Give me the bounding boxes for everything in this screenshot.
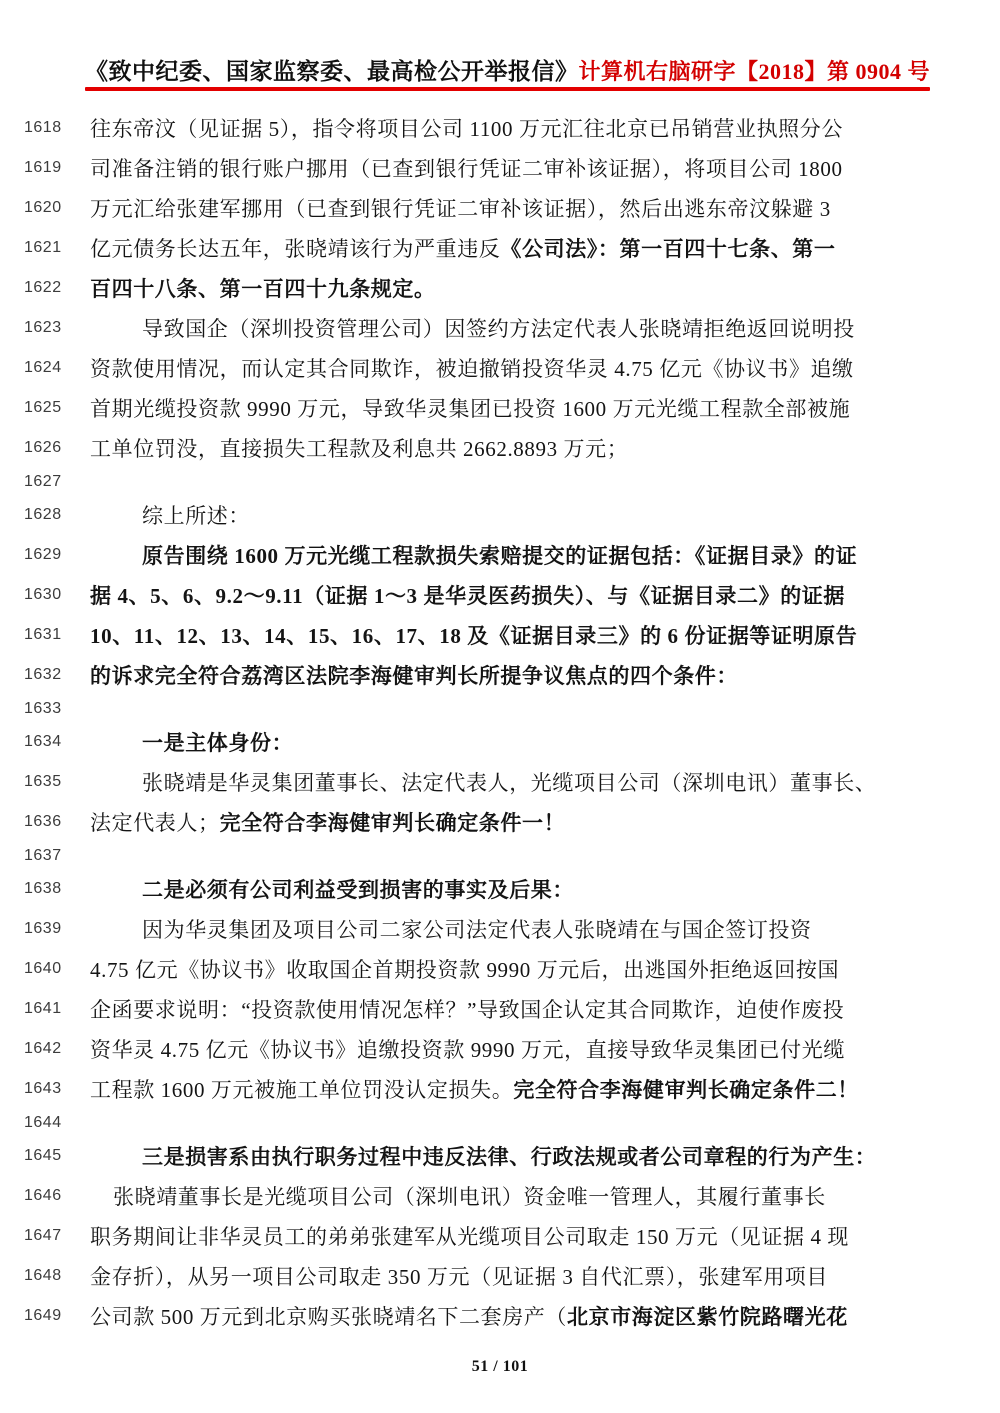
line-text: 企函要求说明：“投资款使用情况怎样？”导致国企认定其合同欺诈，迫使作废投	[65, 994, 1000, 1024]
text-segment: 企函要求说明：“投资款使用情况怎样？”导致国企认定其合同欺诈，迫使作废投	[90, 998, 844, 1022]
bold-text-segment: 二是必须有公司利益受到损害的事实及后果：	[142, 878, 574, 902]
document-line: 1641企函要求说明：“投资款使用情况怎样？”导致国企认定其合同欺诈，迫使作废投	[0, 989, 1000, 1029]
document-line: 1630据 4、5、6、9.2～9.11（证据 1～3 是华灵医药损失）、与《证…	[0, 575, 1000, 615]
bold-text-segment: 10、11、12、13、14、15、16、17、18 及《证据目录三》的 6 份…	[90, 624, 857, 648]
header-rule-divider	[85, 87, 930, 91]
line-number: 1637	[0, 847, 65, 865]
line-text: 往东帝汶（见证据 5），指令将项目公司 1100 万元汇往北京已吊销营业执照分公	[65, 113, 1000, 143]
text-segment: 资华灵 4.75 亿元《协议书》追缴投资款 9990 万元，直接导致华灵集团已付…	[90, 1038, 845, 1062]
line-text: 职务期间让非华灵员工的弟弟张建军从光缆项目公司取走 150 万元（见证据 4 现	[65, 1221, 1000, 1251]
line-number: 1620	[0, 199, 65, 217]
text-segment: 张晓靖是华灵集团董事长、法定代表人，光缆项目公司（深圳电讯）董事长、	[142, 771, 876, 795]
line-number: 1622	[0, 279, 65, 297]
line-text: 法定代表人；完全符合李海健审判长确定条件一！	[65, 807, 1000, 837]
document-line: 163110、11、12、13、14、15、16、17、18 及《证据目录三》的…	[0, 615, 1000, 655]
text-segment: 司准备注销的银行账户挪用（已查到银行凭证二审补该证据），将项目公司 1800	[90, 157, 843, 181]
line-text: 公司款 500 万元到北京购买张晓靖名下二套房产（北京市海淀区紫竹院路曙光花	[65, 1301, 1000, 1331]
document-line: 1634一是主体身份：	[0, 722, 1000, 762]
line-number: 1632	[0, 666, 65, 684]
document-line: 1621亿元债务长达五年，张晓靖该行为严重违反《公司法》：第一百四十七条、第一	[0, 228, 1000, 268]
line-text: 综上所述：	[65, 500, 1000, 530]
text-segment: 万元汇给张建军挪用（已查到银行凭证二审补该证据），然后出逃东帝汶躲避 3	[90, 197, 831, 221]
document-line: 1619司准备注销的银行账户挪用（已查到银行凭证二审补该证据），将项目公司 18…	[0, 148, 1000, 188]
document-line: 1637	[0, 842, 1000, 869]
page-header: 《致中纪委、国家监察委、最高检公开举报信》 计算机右脑研字【2018】第 090…	[85, 50, 930, 86]
document-line: 1620万元汇给张建军挪用（已查到银行凭证二审补该证据），然后出逃东帝汶躲避 3	[0, 188, 1000, 228]
line-text: 亿元债务长达五年，张晓靖该行为严重违反《公司法》：第一百四十七条、第一	[65, 233, 1000, 263]
document-line: 1627	[0, 468, 1000, 495]
document-line: 1648金存折），从另一项目公司取走 350 万元（见证据 3 自代汇票），张建…	[0, 1256, 1000, 1296]
page-number-indicator: 51 / 101	[472, 1358, 528, 1375]
header-title: 《致中纪委、国家监察委、最高检公开举报信》	[85, 53, 579, 86]
document-line: 1646张晓靖董事长是光缆项目公司（深圳电讯）资金唯一管理人，其履行董事长	[0, 1176, 1000, 1216]
line-text: 二是必须有公司利益受到损害的事实及后果：	[65, 874, 1000, 904]
line-number: 1639	[0, 920, 65, 938]
line-number: 1627	[0, 473, 65, 491]
text-segment: 工程款 1600 万元被施工单位罚没认定损失。	[90, 1078, 513, 1102]
line-number: 1645	[0, 1147, 65, 1165]
line-number: 1625	[0, 399, 65, 417]
document-line: 1623导致国企（深圳投资管理公司）因签约方法定代表人张晓靖拒绝返回说明投	[0, 308, 1000, 348]
line-number: 1647	[0, 1227, 65, 1245]
line-text: 百四十八条、第一百四十九条规定。	[65, 273, 1000, 303]
document-line: 1629原告围绕 1600 万元光缆工程款损失索赔提交的证据包括：《证据目录》的…	[0, 535, 1000, 575]
line-number: 1628	[0, 506, 65, 524]
line-text: 原告围绕 1600 万元光缆工程款损失索赔提交的证据包括：《证据目录》的证	[65, 540, 1000, 570]
bold-text-segment: 北京市海淀区紫竹院路曙光花	[567, 1305, 848, 1329]
line-number: 1631	[0, 626, 65, 644]
document-line: 1625首期光缆投资款 9990 万元，导致华灵集团已投资 1600 万元光缆工…	[0, 388, 1000, 428]
text-segment: 4.75 亿元《协议书》收取国企首期投资款 9990 万元后，出逃国外拒绝返回按…	[90, 958, 839, 982]
line-number: 1642	[0, 1040, 65, 1058]
text-segment: 法定代表人；	[90, 811, 220, 835]
document-line: 1645三是损害系由执行职务过程中违反法律、行政法规或者公司章程的行为产生：	[0, 1136, 1000, 1176]
page-footer: 51 / 101	[0, 1358, 1000, 1376]
line-text: 三是损害系由执行职务过程中违反法律、行政法规或者公司章程的行为产生：	[65, 1141, 1000, 1171]
line-number: 1641	[0, 1000, 65, 1018]
document-page: 《致中纪委、国家监察委、最高检公开举报信》 计算机右脑研字【2018】第 090…	[0, 0, 1000, 1413]
line-number: 1629	[0, 546, 65, 564]
document-line: 1649公司款 500 万元到北京购买张晓靖名下二套房产（北京市海淀区紫竹院路曙…	[0, 1296, 1000, 1336]
bold-text-segment: 《公司法》：第一百四十七条、第一	[500, 237, 835, 261]
bold-text-segment: 百四十八条、第一百四十九条规定。	[90, 277, 436, 301]
text-segment: 公司款 500 万元到北京购买张晓靖名下二套房产（	[90, 1305, 567, 1329]
text-segment: 职务期间让非华灵员工的弟弟张建军从光缆项目公司取走 150 万元（见证据 4 现	[90, 1225, 849, 1249]
document-line: 1624资款使用情况，而认定其合同欺诈，被迫撤销投资华灵 4.75 亿元《协议书…	[0, 348, 1000, 388]
document-line: 1636法定代表人；完全符合李海健审判长确定条件一！	[0, 802, 1000, 842]
line-number: 1640	[0, 960, 65, 978]
line-text: 资款使用情况，而认定其合同欺诈，被迫撤销投资华灵 4.75 亿元《协议书》追缴	[65, 353, 1000, 383]
line-number: 1635	[0, 773, 65, 791]
bold-text-segment: 完全符合李海健审判长确定条件二！	[513, 1078, 859, 1102]
text-segment: 因为华灵集团及项目公司二家公司法定代表人张晓靖在与国企签订投资	[142, 918, 812, 942]
line-number: 1643	[0, 1080, 65, 1098]
text-segment: 工单位罚没，直接损失工程款及利息共 2662.8893 万元；	[90, 437, 628, 461]
line-number: 1626	[0, 439, 65, 457]
line-number: 1624	[0, 359, 65, 377]
document-line: 1644	[0, 1109, 1000, 1136]
line-text: 金存折），从另一项目公司取走 350 万元（见证据 3 自代汇票），张建军用项目	[65, 1261, 1000, 1291]
line-number: 1644	[0, 1114, 65, 1132]
document-line: 16404.75 亿元《协议书》收取国企首期投资款 9990 万元后，出逃国外拒…	[0, 949, 1000, 989]
line-text: 因为华灵集团及项目公司二家公司法定代表人张晓靖在与国企签订投资	[65, 914, 1000, 944]
line-text: 张晓靖是华灵集团董事长、法定代表人，光缆项目公司（深圳电讯）董事长、	[65, 767, 1000, 797]
line-number: 1636	[0, 813, 65, 831]
line-number: 1634	[0, 733, 65, 751]
bold-text-segment: 完全符合李海健审判长确定条件一！	[220, 811, 566, 835]
line-text: 张晓靖董事长是光缆项目公司（深圳电讯）资金唯一管理人，其履行董事长	[65, 1181, 1000, 1211]
text-segment: 综上所述：	[142, 504, 250, 528]
document-line: 1618往东帝汶（见证据 5），指令将项目公司 1100 万元汇往北京已吊销营业…	[0, 108, 1000, 148]
line-number: 1633	[0, 700, 65, 718]
text-segment: 张晓靖董事长是光缆项目公司（深圳电讯）资金唯一管理人，其履行董事长	[113, 1185, 826, 1209]
text-segment: 导致国企（深圳投资管理公司）因签约方法定代表人张晓靖拒绝返回说明投	[142, 317, 855, 341]
line-number: 1623	[0, 319, 65, 337]
document-body: 1618往东帝汶（见证据 5），指令将项目公司 1100 万元汇往北京已吊销营业…	[0, 108, 1000, 1336]
line-number: 1619	[0, 159, 65, 177]
line-text: 工程款 1600 万元被施工单位罚没认定损失。完全符合李海健审判长确定条件二！	[65, 1074, 1000, 1104]
line-text: 导致国企（深圳投资管理公司）因签约方法定代表人张晓靖拒绝返回说明投	[65, 313, 1000, 343]
header-doc-number: 计算机右脑研字【2018】第 0904 号	[579, 55, 931, 86]
line-number: 1630	[0, 586, 65, 604]
document-line: 1638二是必须有公司利益受到损害的事实及后果：	[0, 869, 1000, 909]
text-segment: 金存折），从另一项目公司取走 350 万元（见证据 3 自代汇票），张建军用项目	[90, 1265, 828, 1289]
bold-text-segment: 的诉求完全符合荔湾区法院李海健审判长所提争议焦点的四个条件：	[90, 664, 738, 688]
document-line: 1642资华灵 4.75 亿元《协议书》追缴投资款 9990 万元，直接导致华灵…	[0, 1029, 1000, 1069]
document-line: 1628综上所述：	[0, 495, 1000, 535]
bold-text-segment: 三是损害系由执行职务过程中违反法律、行政法规或者公司章程的行为产生：	[142, 1145, 876, 1169]
line-text: 万元汇给张建军挪用（已查到银行凭证二审补该证据），然后出逃东帝汶躲避 3	[65, 193, 1000, 223]
text-segment: 资款使用情况，而认定其合同欺诈，被迫撤销投资华灵 4.75 亿元《协议书》追缴	[90, 357, 854, 381]
document-line: 1626工单位罚没，直接损失工程款及利息共 2662.8893 万元；	[0, 428, 1000, 468]
text-segment: 亿元债务长达五年，张晓靖该行为严重违反	[90, 237, 500, 261]
line-number: 1618	[0, 119, 65, 137]
line-number: 1638	[0, 880, 65, 898]
bold-text-segment: 原告围绕 1600 万元光缆工程款损失索赔提交的证据包括：《证据目录》的证	[142, 544, 857, 568]
line-number: 1646	[0, 1187, 65, 1205]
line-text: 工单位罚没，直接损失工程款及利息共 2662.8893 万元；	[65, 433, 1000, 463]
text-segment: 往东帝汶（见证据 5），指令将项目公司 1100 万元汇往北京已吊销营业执照分公	[90, 117, 843, 141]
line-text: 4.75 亿元《协议书》收取国企首期投资款 9990 万元后，出逃国外拒绝返回按…	[65, 954, 1000, 984]
line-text: 10、11、12、13、14、15、16、17、18 及《证据目录三》的 6 份…	[65, 620, 1000, 650]
line-text: 司准备注销的银行账户挪用（已查到银行凭证二审补该证据），将项目公司 1800	[65, 153, 1000, 183]
text-segment: 首期光缆投资款 9990 万元，导致华灵集团已投资 1600 万元光缆工程款全部…	[90, 397, 850, 421]
line-number: 1648	[0, 1267, 65, 1285]
document-line: 1632的诉求完全符合荔湾区法院李海健审判长所提争议焦点的四个条件：	[0, 655, 1000, 695]
line-number: 1649	[0, 1307, 65, 1325]
bold-text-segment: 据 4、5、6、9.2～9.11（证据 1～3 是华灵医药损失）、与《证据目录二…	[90, 584, 845, 608]
document-line: 1633	[0, 695, 1000, 722]
bold-text-segment: 一是主体身份：	[142, 731, 293, 755]
document-line: 1635张晓靖是华灵集团董事长、法定代表人，光缆项目公司（深圳电讯）董事长、	[0, 762, 1000, 802]
document-line: 1639因为华灵集团及项目公司二家公司法定代表人张晓靖在与国企签订投资	[0, 909, 1000, 949]
line-text: 据 4、5、6、9.2～9.11（证据 1～3 是华灵医药损失）、与《证据目录二…	[65, 580, 1000, 610]
document-line: 1647职务期间让非华灵员工的弟弟张建军从光缆项目公司取走 150 万元（见证据…	[0, 1216, 1000, 1256]
line-text: 首期光缆投资款 9990 万元，导致华灵集团已投资 1600 万元光缆工程款全部…	[65, 393, 1000, 423]
line-text: 的诉求完全符合荔湾区法院李海健审判长所提争议焦点的四个条件：	[65, 660, 1000, 690]
line-text: 资华灵 4.75 亿元《协议书》追缴投资款 9990 万元，直接导致华灵集团已付…	[65, 1034, 1000, 1064]
document-line: 1622百四十八条、第一百四十九条规定。	[0, 268, 1000, 308]
line-number: 1621	[0, 239, 65, 257]
document-line: 1643工程款 1600 万元被施工单位罚没认定损失。完全符合李海健审判长确定条…	[0, 1069, 1000, 1109]
line-text: 一是主体身份：	[65, 727, 1000, 757]
